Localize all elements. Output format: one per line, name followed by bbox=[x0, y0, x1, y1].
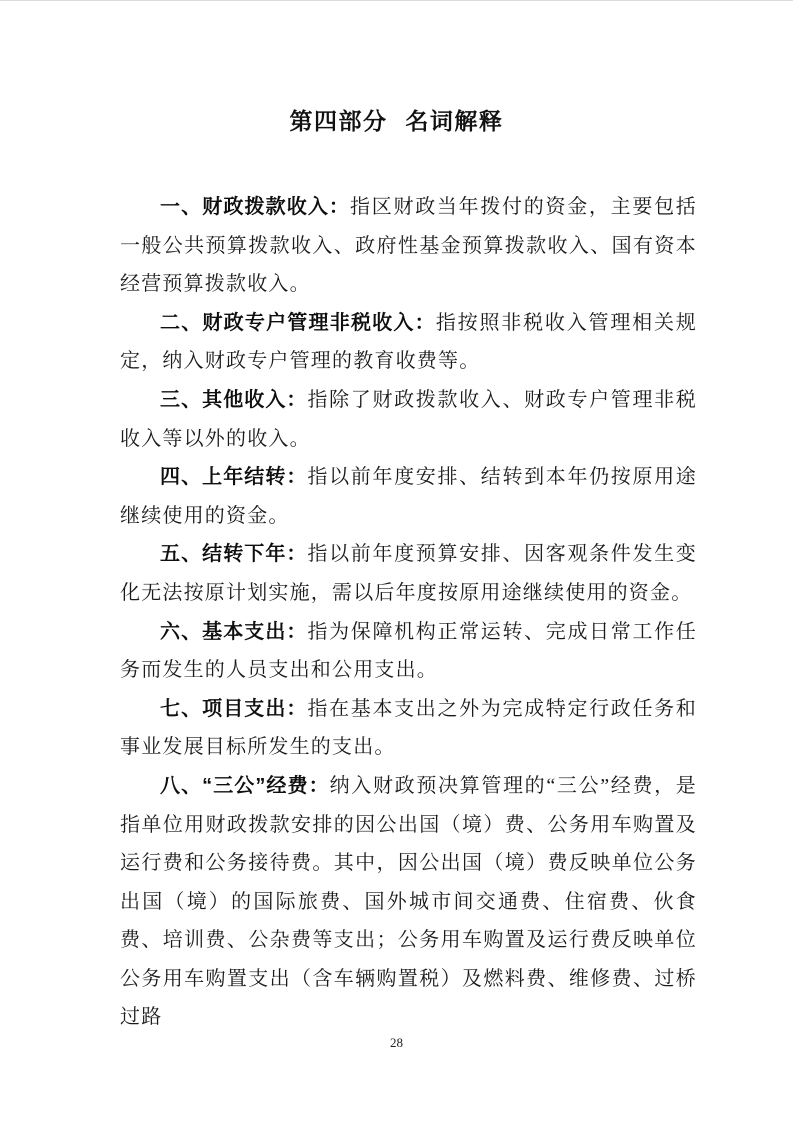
glossary-definition: 纳入财政预决算管理的“三公”经费，是指单位用财政拨款安排的因公出国（境）费、公务… bbox=[120, 775, 697, 1029]
glossary-term: 三、其他收入： bbox=[160, 389, 307, 411]
glossary-paragraph: 一、财政拨款收入：指区财政当年拨付的资金，主要包括一般公共预算拨款收入、政府性基… bbox=[120, 188, 697, 304]
glossary-paragraph: 二、财政专户管理非税收入：指按照非税收入管理相关规定，纳入财政专户管理的教育收费… bbox=[120, 304, 697, 381]
glossary-paragraph: 六、基本支出：指为保障机构正常运转、完成日常工作任务而发生的人员支出和公用支出。 bbox=[120, 613, 697, 690]
glossary-term: 五、结转下年： bbox=[160, 543, 307, 565]
glossary-paragraph: 四、上年结转：指以前年度安排、结转到本年仍按原用途继续使用的资金。 bbox=[120, 458, 697, 535]
glossary-paragraph: 五、结转下年：指以前年度预算安排、因客观条件发生变化无法按原计划实施，需以后年度… bbox=[120, 535, 697, 612]
page-number: 28 bbox=[0, 1035, 793, 1051]
glossary-term: 二、财政专户管理非税收入： bbox=[160, 312, 436, 334]
glossary-term: 六、基本支出： bbox=[160, 621, 307, 643]
glossary-term: 七、项目支出： bbox=[160, 698, 307, 720]
glossary-paragraph: 八、“三公”经费：纳入财政预决算管理的“三公”经费，是指单位用财政拨款安排的因公… bbox=[120, 767, 697, 1037]
glossary-term: 八、“三公”经费： bbox=[160, 775, 330, 797]
page-title: 第四部分 名词解释 bbox=[0, 103, 793, 136]
glossary-paragraph: 七、项目支出：指在基本支出之外为完成特定行政任务和事业发展目标所发生的支出。 bbox=[120, 690, 697, 767]
document-body: 一、财政拨款收入：指区财政当年拨付的资金，主要包括一般公共预算拨款收入、政府性基… bbox=[120, 188, 697, 1037]
document-page: 第四部分 名词解释 一、财政拨款收入：指区财政当年拨付的资金，主要包括一般公共预… bbox=[0, 0, 793, 1122]
glossary-paragraph: 三、其他收入：指除了财政拨款收入、财政专户管理非税收入等以外的收入。 bbox=[120, 381, 697, 458]
glossary-term: 四、上年结转： bbox=[160, 466, 307, 488]
glossary-term: 一、财政拨款收入： bbox=[160, 196, 350, 218]
